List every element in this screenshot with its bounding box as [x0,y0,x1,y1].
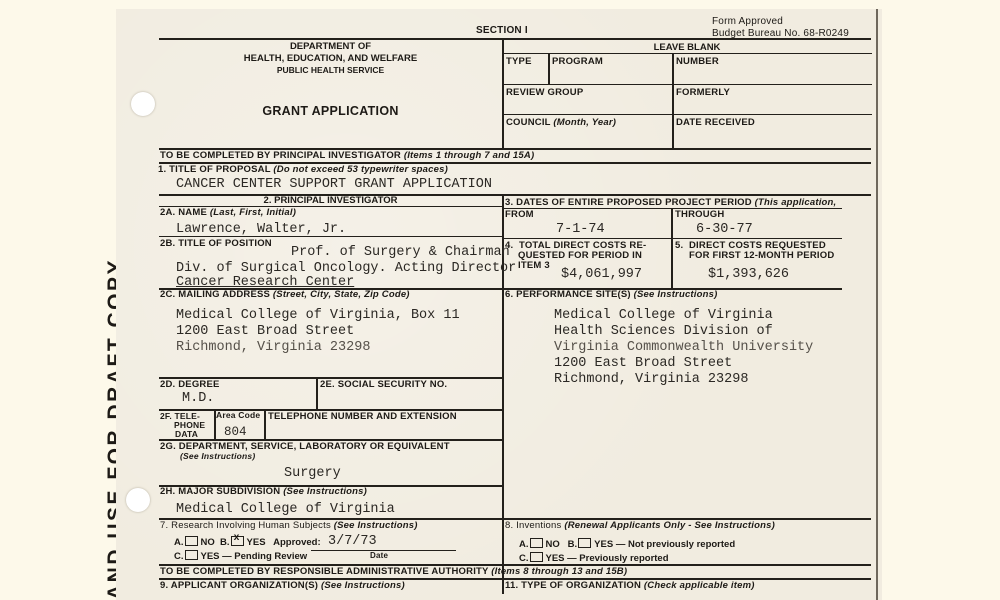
item8-row-c: C.YES — Previously reported [519,552,669,564]
item2h-label-text: 2H. MAJOR SUBDIVISION [160,486,280,497]
item6-hint: (See Instructions) [634,289,718,300]
item11-label-text: 11. TYPE OF ORGANIZATION [505,580,641,591]
review-rule [502,84,872,85]
item8-no-label: NO [546,539,560,550]
subdivision-field[interactable]: Medical College of Virginia [176,502,395,518]
department-field[interactable]: Surgery [284,466,341,482]
date-caption: Date [370,552,388,560]
total-direct-costs-field[interactable]: $4,061,997 [561,267,642,283]
item11-hint: (Check applicable item) [644,580,755,591]
through-date-field[interactable]: 6-30-77 [696,222,753,238]
address-line-3[interactable]: Richmond, Virginia 23298 [176,340,370,356]
item8-yes-reported-checkbox[interactable] [530,552,543,562]
item7-label-text: 7. Research Involving Human Subjects [160,520,331,531]
item7-c-prefix: C. [174,551,184,562]
item1-label-text: 1. TITLE OF PROPOSAL [158,164,271,175]
phone-label-3: DATA [175,430,198,439]
item2h-hint: (See Instructions) [283,486,367,497]
admin-section-header-text: TO BE COMPLETED BY RESPONSIBLE ADMINISTR… [160,566,488,577]
item2h-label: 2H. MAJOR SUBDIVISION (See Instructions) [160,487,367,497]
item9-hint: (See Instructions) [321,580,405,591]
pi-section-hint: (Items 1 through 7 and 15A) [404,150,535,161]
item8-yes-new-checkbox[interactable] [578,538,591,548]
item7-a-prefix: A. [174,537,184,548]
approved-label: Approved: [273,537,321,548]
item1-label: 1. TITLE OF PROPOSAL (Do not exceed 53 t… [158,165,448,175]
program-divider [672,53,674,149]
pi-section-header: TO BE COMPLETED BY PRINCIPAL INVESTIGATO… [160,151,534,161]
form-approved-label: Form Approved [712,17,783,28]
phone-divider-2 [264,409,266,440]
item11-label: 11. TYPE OF ORGANIZATION (Check applicab… [505,581,755,591]
item7-no-label: NO [201,537,215,548]
item8-no-checkbox[interactable] [530,538,543,548]
area-code-field[interactable]: 804 [224,425,247,439]
council-label: COUNCIL (Month, Year) [506,118,616,128]
item2c-label-text: 2C. MAILING ADDRESS [160,289,270,300]
item4-label-3: ITEM 3 [518,261,550,271]
from-label: FROM [505,210,534,220]
position-line-1[interactable]: Prof. of Surgery & Chairman [291,245,510,261]
item2e-label: 2E. SOCIAL SECURITY NO. [320,380,447,390]
leave-blank-rule [502,53,872,54]
agency-line-3: PUBLIC HEALTH SERVICE [159,65,502,75]
paper-edge [876,9,878,600]
from-through-divider [671,208,673,290]
item7-label: 7. Research Involving Human Subjects (Se… [160,521,418,531]
item3-label: 3. DATES OF ENTIRE PROPOSED PROJECT PERI… [505,198,836,208]
item9-label-text: 9. APPLICANT ORGANIZATION(S) [160,580,318,591]
pi-section-header-text: TO BE COMPLETED BY PRINCIPAL INVESTIGATO… [160,150,401,161]
top-rule [159,38,871,40]
item7-yes-checkbox[interactable] [231,536,244,546]
address-line-1[interactable]: Medical College of Virginia, Box 11 [176,308,460,324]
type-divider [548,53,550,84]
item8-label-text: 8. Inventions [505,520,561,531]
item7-row-c: C.YES — Pending Review [174,550,307,562]
item6-label-text: 6. PERFORMANCE SITE(S) [505,289,631,300]
item7-pending-checkbox[interactable] [185,550,198,560]
item5-label-2: FOR FIRST 12-MONTH PERIOD [689,251,834,261]
performance-site-line-2[interactable]: Health Sciences Division of [554,324,773,340]
performance-site-line-1[interactable]: Medical College of Virginia [554,308,773,324]
item2-header: 2. PRINCIPAL INVESTIGATOR [159,195,502,206]
item9-label: 9. APPLICANT ORGANIZATION(S) (See Instru… [160,581,405,591]
item2b-label: 2B. TITLE OF POSITION [160,239,272,249]
item2b-rule [159,236,502,237]
punch-hole-top [131,92,155,116]
item8-c-prefix: C. [519,553,529,564]
punch-hole-bottom [126,488,150,512]
area-code-label: Area Code [216,411,260,420]
council-label-text: COUNCIL [506,117,551,128]
degree-field[interactable]: M.D. [182,391,214,407]
item6-label: 6. PERFORMANCE SITE(S) (See Instructions… [505,290,718,300]
performance-site-line-3[interactable]: Virginia Commonwealth University [554,340,813,356]
admin-section-header: TO BE COMPLETED BY RESPONSIBLE ADMINISTR… [160,567,627,577]
item7-yes-label: YES [247,537,266,548]
item8-hint: (Renewal Applicants Only - See Instructi… [564,520,775,531]
performance-site-line-5[interactable]: Richmond, Virginia 23298 [554,372,748,388]
item8-row-ab: A.NO B.YES — Not previously reported [519,538,735,550]
item3-label-text: 3. DATES OF ENTIRE PROPOSED PROJECT PERI… [505,197,752,208]
type-label: TYPE [506,57,532,67]
approval-date-field[interactable]: 3/7/73 [328,534,377,550]
leave-blank-header: LEAVE BLANK [502,42,872,53]
item8-a-prefix: A. [519,539,529,550]
date-received-label: DATE RECEIVED [676,118,755,128]
item8-yes-new-label: YES — Not previously reported [594,539,735,550]
item2d-label: 2D. DEGREE [160,380,220,390]
item1-hint: (Do not exceed 53 typewriter spaces) [273,164,448,175]
item2c-label: 2C. MAILING ADDRESS (Street, City, State… [160,290,410,300]
agency-line-2: HEALTH, EDUCATION, AND WELFARE [159,53,502,64]
first-year-costs-field[interactable]: $1,393,626 [708,267,789,283]
item7-no-checkbox[interactable] [185,536,198,546]
number-label: NUMBER [676,57,719,67]
agency-divider [502,38,504,149]
item2c-hint: (Street, City, State, Zip Code) [273,289,410,300]
address-line-2[interactable]: 1200 East Broad Street [176,324,354,340]
through-label: THROUGH [675,210,724,220]
form-title: GRANT APPLICATION [159,104,502,118]
item7-row-ab: A.NO B.YES Approved: [174,536,321,548]
item2a-hint: (Last, First, Initial) [210,207,296,218]
from-date-field[interactable]: 7-1-74 [556,222,605,238]
item4-rule [502,238,842,239]
agency-line-1: DEPARTMENT OF [159,41,502,52]
item3-hint: (This application, [755,197,837,208]
item8-label: 8. Inventions (Renewal Applicants Only -… [505,521,775,531]
item8-b-prefix: B. [568,539,578,550]
program-label: PROGRAM [552,57,603,67]
section-label: SECTION I [476,26,528,37]
item8-yes-reported-label: YES — Previously reported [546,553,669,564]
item2g-hint: (See Instructions) [180,452,255,461]
formerly-label: FORMERLY [676,88,730,98]
item2g-hint-text: (See Instructions) [180,451,255,461]
admin-section-hint: (Items 8 through 13 and 15B) [491,566,627,577]
item7-b-prefix: B. [220,537,230,548]
performance-site-line-4[interactable]: 1200 East Broad Street [554,356,732,372]
item2a-label-text: 2A. NAME [160,207,207,218]
grant-application-form: SECTION I Form Approved Budget Bureau No… [116,9,882,600]
proposal-title-field[interactable]: CANCER CENTER SUPPORT GRANT APPLICATION [176,177,492,193]
review-group-label: REVIEW GROUP [506,88,583,98]
degree-ssn-divider [316,377,318,410]
council-hint: (Month, Year) [553,117,616,128]
item2a-label: 2A. NAME (Last, First, Initial) [160,208,296,218]
phone-number-label: TELEPHONE NUMBER AND EXTENSION [268,412,457,422]
item7-hint: (See Instructions) [334,520,418,531]
council-rule [502,114,872,115]
item7-pending-label: YES — Pending Review [201,551,308,562]
